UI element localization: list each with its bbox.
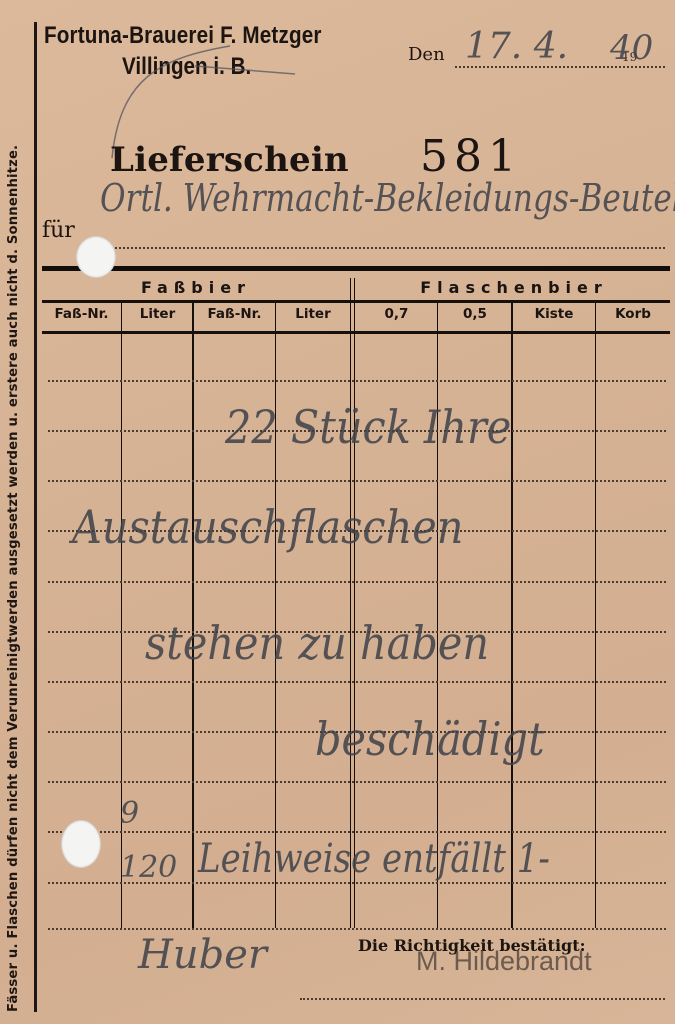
document-number: 581: [420, 131, 522, 182]
grid-line: [511, 303, 513, 928]
handwritten-line-4: beschädigt: [315, 712, 545, 766]
margin-note: Fässer u. Flaschen dürfen nicht dem Veru…: [6, 22, 30, 1012]
table-row: [48, 831, 666, 833]
date-label: Den: [408, 44, 445, 65]
col-kiste: Kiste: [513, 306, 595, 322]
watermark: M. Hildebrandt: [416, 946, 592, 977]
table-row: [48, 781, 666, 783]
col-fass-nr-2: Faß-Nr.: [194, 306, 275, 322]
col-07: 0,7: [356, 306, 437, 322]
col-liter-2: Liter: [276, 306, 350, 322]
header-divider: [42, 266, 670, 271]
col-korb: Korb: [596, 306, 670, 322]
handwritten-qty-120: 120: [120, 850, 177, 885]
recipient-line: [95, 247, 665, 249]
group-divider-a: [350, 278, 351, 300]
recipient-value: Ortl. Wehrmacht-Bekleidungs-Beutelager: [100, 176, 675, 220]
group-divider-b: [354, 278, 355, 300]
group-header-flaschenbier: Flaschenbier: [358, 278, 670, 297]
punch-hole-top: [76, 236, 116, 278]
signature: Huber: [138, 932, 267, 978]
handwritten-line-2: Austauschflaschen: [72, 500, 463, 554]
header-rule-top: [42, 300, 670, 303]
handwritten-qty-9: 9: [120, 796, 139, 831]
signature-line: [300, 998, 665, 1000]
handwritten-line-7: Leihweise entfällt 1-: [198, 836, 550, 882]
grid-line: [121, 303, 122, 928]
punch-hole-bottom: [61, 820, 101, 868]
handwritten-line-3: stehen zu haben: [145, 616, 489, 670]
col-liter-1: Liter: [122, 306, 193, 322]
handwritten-line-1: 22 Stück Ihre: [225, 400, 511, 454]
recipient-label: für: [42, 218, 75, 243]
table-row: [48, 480, 666, 482]
header-rule-bottom: [42, 331, 670, 334]
margin-rule: [34, 22, 37, 1012]
group-header-fassbier: Faßbier: [42, 278, 350, 297]
grid-line: [595, 303, 596, 928]
year-value: 40: [610, 28, 653, 68]
document-title: Lieferschein: [110, 140, 349, 180]
table-row: [48, 928, 666, 930]
col-fass-nr-1: Faß-Nr.: [42, 306, 121, 322]
col-05: 0,5: [438, 306, 512, 322]
date-value: 17. 4.: [465, 26, 568, 67]
table-row: [48, 681, 666, 683]
table-row: [48, 380, 666, 382]
table-row: [48, 581, 666, 583]
